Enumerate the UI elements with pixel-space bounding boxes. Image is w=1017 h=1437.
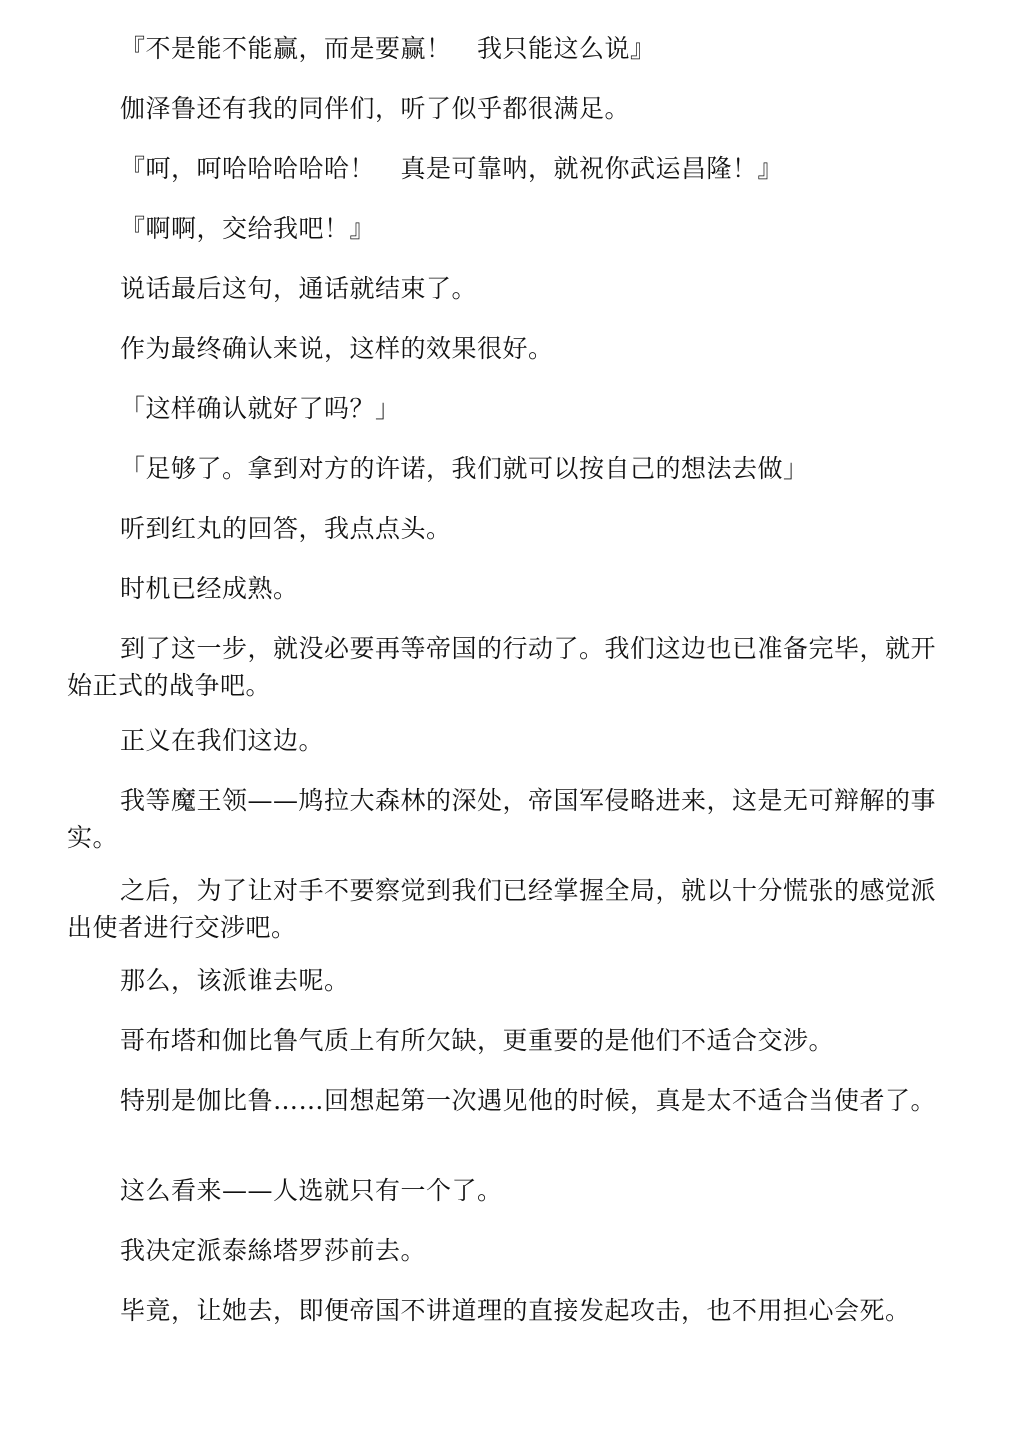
paragraph: 那么，该派谁去呢。 [67,962,937,999]
paragraph: 「这样确认就好了吗？」 [67,390,937,427]
paragraph: 到了这一步，就没必要再等帝国的行动了。我们这边也已准备完毕，就开始正式的战争吧。 [67,630,937,704]
paragraph: 我决定派泰絲塔罗莎前去。 [67,1232,937,1269]
paragraph: 哥布塔和伽比鲁气质上有所欠缺，更重要的是他们不适合交涉。 [67,1022,937,1059]
paragraph: 之后，为了让对手不要察觉到我们已经掌握全局，就以十分慌张的感觉派出使者进行交涉吧… [67,872,937,946]
paragraph: 说话最后这句，通话就结束了。 [67,270,937,307]
paragraph: 「足够了。拿到对方的许诺，我们就可以按自己的想法去做」 [67,450,937,487]
paragraph: 『不是能不能赢，而是要赢！ 我只能这么说』 [67,30,937,67]
paragraph: 正义在我们这边。 [67,722,937,759]
paragraph: 时机已经成熟。 [67,570,937,607]
paragraph: 我等魔王领——鸠拉大森林的深处，帝国军侵略进来，这是无可辩解的事实。 [67,782,937,856]
paragraph: 特别是伽比鲁……回想起第一次遇见他的时候，真是太不适合当使者了。 [67,1082,937,1119]
paragraph: 毕竟，让她去，即便帝国不讲道理的直接发起攻击，也不用担心会死。 [67,1292,937,1329]
paragraph: 听到红丸的回答，我点点头。 [67,510,937,547]
paragraph: 『啊啊，交给我吧！』 [67,210,937,247]
paragraph: 伽泽鲁还有我的同伴们，听了似乎都很满足。 [67,90,937,127]
paragraph: 这么看来——人选就只有一个了。 [67,1172,937,1209]
paragraph: 『呵，呵哈哈哈哈哈！ 真是可靠呐，就祝你武运昌隆！』 [67,150,937,187]
paragraph: 作为最终确认来说，这样的效果很好。 [67,330,937,367]
